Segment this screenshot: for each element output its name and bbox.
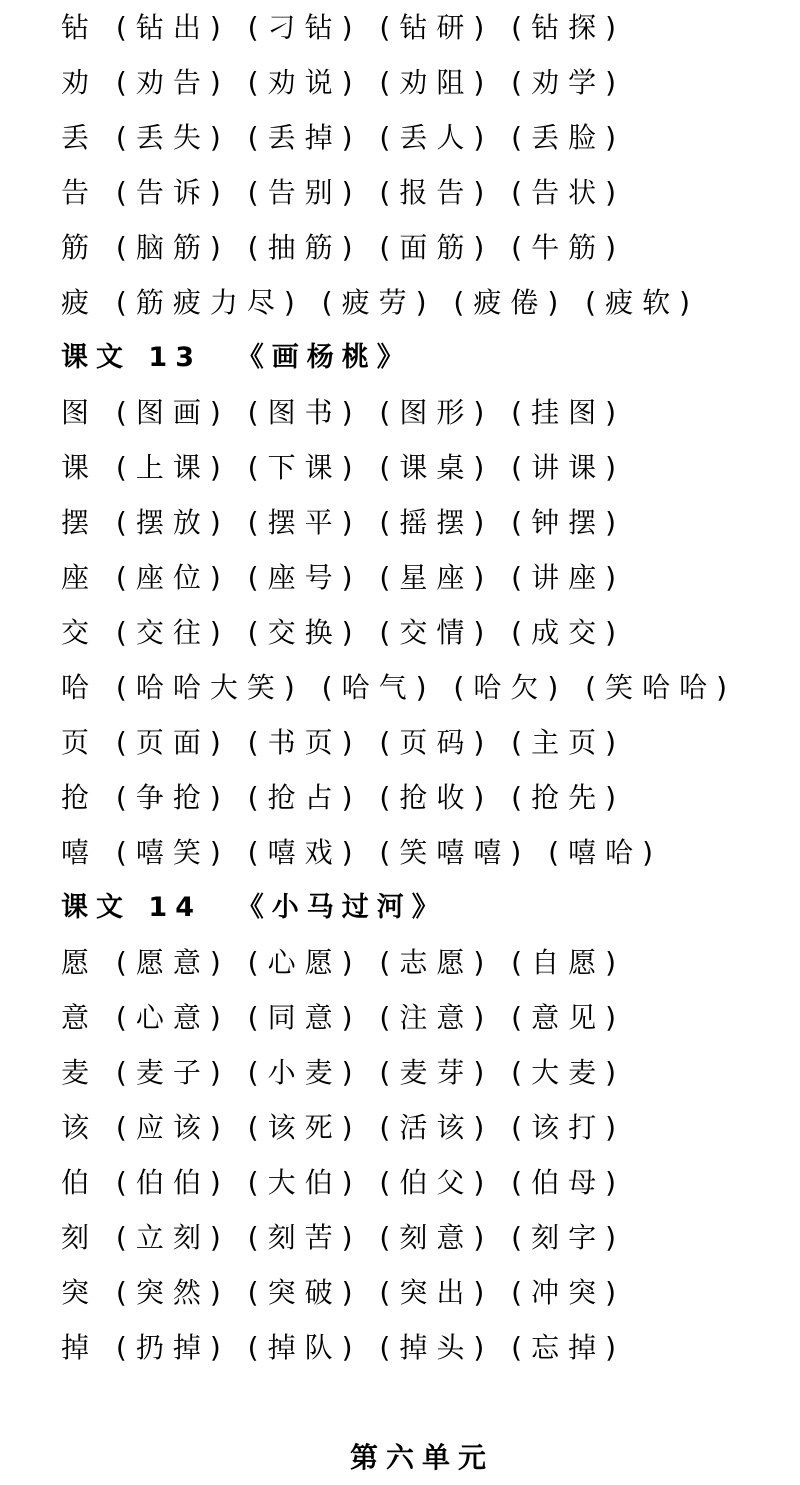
entry-line: 疲 (筋疲力尽) (疲劳) (疲倦) (疲软)	[61, 275, 800, 330]
entry-character: 筋	[61, 231, 98, 264]
entry-line: 告 (告诉) (告别) (报告) (告状)	[61, 165, 800, 220]
entry-line: 钻 (钻出) (刁钻) (钻研) (钻探)	[61, 0, 800, 55]
unit-title: 第六单元	[0, 1430, 800, 1485]
entry-line: 麦 (麦子) (小麦) (麦芽) (大麦)	[61, 1045, 800, 1100]
entry-line: 筋 (脑筋) (抽筋) (面筋) (牛筋)	[61, 220, 800, 275]
entry-character: 伯	[61, 1166, 98, 1199]
entry-character: 刻	[61, 1221, 98, 1254]
entry-character: 交	[61, 616, 98, 649]
lesson-title: 《画杨桃》	[237, 342, 412, 373]
lesson-label: 课文	[61, 892, 131, 923]
entry-character: 页	[61, 726, 98, 759]
entry-line: 课 (上课) (下课) (课桌) (讲课)	[61, 440, 800, 495]
entry-words: (愿意) (心愿) (志愿) (自愿)	[116, 946, 625, 979]
entry-words: (交往) (交换) (交情) (成交)	[116, 616, 625, 649]
entry-character: 该	[61, 1111, 98, 1144]
entry-words: (嘻笑) (嘻戏) (笑嘻嘻) (嘻哈)	[116, 836, 662, 869]
entry-line: 意 (心意) (同意) (注意) (意见)	[61, 990, 800, 1045]
entry-character: 丢	[61, 121, 98, 154]
entry-words: (扔掉) (掉队) (掉头) (忘掉)	[116, 1331, 625, 1364]
lesson-number: 13	[148, 342, 202, 373]
entry-character: 摆	[61, 506, 98, 539]
entry-words: (告诉) (告别) (报告) (告状)	[116, 176, 625, 209]
entry-character: 劝	[61, 66, 98, 99]
entry-words: (钻出) (刁钻) (钻研) (钻探)	[116, 11, 625, 44]
entry-words: (伯伯) (大伯) (伯父) (伯母)	[116, 1166, 625, 1199]
entry-line: 座 (座位) (座号) (星座) (讲座)	[61, 550, 800, 605]
entry-line: 愿 (愿意) (心愿) (志愿) (自愿)	[61, 935, 800, 990]
entry-character: 疲	[61, 286, 98, 319]
entry-words: (脑筋) (抽筋) (面筋) (牛筋)	[116, 231, 625, 264]
entry-character: 意	[61, 1001, 98, 1034]
entry-words: (争抢) (抢占) (抢收) (抢先)	[116, 781, 625, 814]
entry-line: 抢 (争抢) (抢占) (抢收) (抢先)	[61, 770, 800, 825]
entry-character: 掉	[61, 1331, 98, 1364]
vocabulary-list: 钻 (钻出) (刁钻) (钻研) (钻探) 劝 (劝告) (劝说) (劝阻) (…	[61, 0, 800, 1375]
entry-character: 哈	[61, 671, 98, 704]
entry-character: 告	[61, 176, 98, 209]
lesson-number: 14	[148, 892, 202, 923]
entry-line: 哈 (哈哈大笑) (哈气) (哈欠) (笑哈哈)	[61, 660, 800, 715]
entry-line: 嘻 (嘻笑) (嘻戏) (笑嘻嘻) (嘻哈)	[61, 825, 800, 880]
lesson-label: 课文	[61, 342, 131, 373]
entry-character: 课	[61, 451, 98, 484]
entry-words: (劝告) (劝说) (劝阻) (劝学)	[116, 66, 625, 99]
entry-character: 麦	[61, 1056, 98, 1089]
entry-line: 摆 (摆放) (摆平) (摇摆) (钟摆)	[61, 495, 800, 550]
entry-words: (突然) (突破) (突出) (冲突)	[116, 1276, 625, 1309]
entry-words: (图画) (图书) (图形) (挂图)	[116, 396, 625, 429]
entry-words: (应该) (该死) (活该) (该打)	[116, 1111, 625, 1144]
entry-line: 丢 (丢失) (丢掉) (丢人) (丢脸)	[61, 110, 800, 165]
entry-character: 座	[61, 561, 98, 594]
entry-words: (摆放) (摆平) (摇摆) (钟摆)	[116, 506, 625, 539]
entry-character: 愿	[61, 946, 98, 979]
entry-line: 突 (突然) (突破) (突出) (冲突)	[61, 1265, 800, 1320]
entry-line: 劝 (劝告) (劝说) (劝阻) (劝学)	[61, 55, 800, 110]
entry-words: (筋疲力尽) (疲劳) (疲倦) (疲软)	[116, 286, 699, 319]
entry-line: 掉 (扔掉) (掉队) (掉头) (忘掉)	[61, 1320, 800, 1375]
entry-words: (哈哈大笑) (哈气) (哈欠) (笑哈哈)	[116, 671, 736, 704]
lesson-heading: 课文 13 《画杨桃》	[61, 330, 800, 385]
entry-words: (座位) (座号) (星座) (讲座)	[116, 561, 625, 594]
entry-words: (上课) (下课) (课桌) (讲课)	[116, 451, 625, 484]
entry-line: 该 (应该) (该死) (活该) (该打)	[61, 1100, 800, 1155]
lesson-title: 《小马过河》	[237, 892, 447, 923]
lesson-heading: 课文 14 《小马过河》	[61, 880, 800, 935]
entry-words: (麦子) (小麦) (麦芽) (大麦)	[116, 1056, 625, 1089]
entry-words: (丢失) (丢掉) (丢人) (丢脸)	[116, 121, 625, 154]
entry-line: 图 (图画) (图书) (图形) (挂图)	[61, 385, 800, 440]
entry-character: 嘻	[61, 836, 98, 869]
entry-line: 伯 (伯伯) (大伯) (伯父) (伯母)	[61, 1155, 800, 1210]
entry-line: 刻 (立刻) (刻苦) (刻意) (刻字)	[61, 1210, 800, 1265]
entry-line: 交 (交往) (交换) (交情) (成交)	[61, 605, 800, 660]
entry-line: 页 (页面) (书页) (页码) (主页)	[61, 715, 800, 770]
entry-words: (立刻) (刻苦) (刻意) (刻字)	[116, 1221, 625, 1254]
entry-words: (心意) (同意) (注意) (意见)	[116, 1001, 625, 1034]
entry-character: 突	[61, 1276, 98, 1309]
entry-words: (页面) (书页) (页码) (主页)	[116, 726, 625, 759]
entry-character: 抢	[61, 781, 98, 814]
entry-character: 钻	[61, 11, 98, 44]
entry-character: 图	[61, 396, 98, 429]
